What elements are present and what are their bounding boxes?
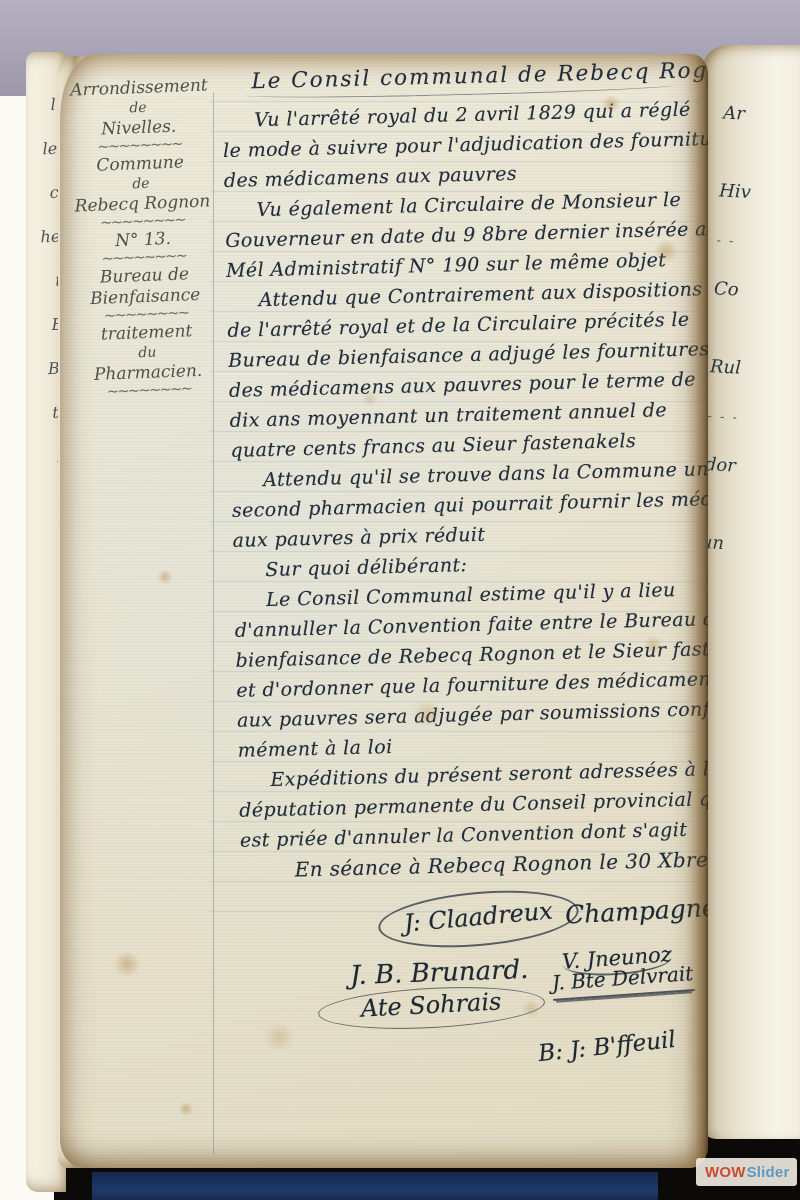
signature: Ate Sohrais bbox=[317, 982, 545, 1034]
ink-stain bbox=[112, 952, 142, 976]
signature: J. Bte Delvrait bbox=[551, 961, 694, 1001]
ink-fragment: Hiv bbox=[719, 180, 752, 204]
page-curl-edge bbox=[686, 54, 708, 1168]
wowslider-watermark: WOW Slider bbox=[696, 1158, 797, 1186]
ink-fragment: l bbox=[36, 96, 56, 114]
manuscript-text: Le Consil communal de Rebecq RognonVu l'… bbox=[221, 54, 708, 886]
ink-stain bbox=[520, 1000, 542, 1018]
next-page-ink-fragments: ArHiv- -CoRul- - -dorun bbox=[700, 102, 755, 555]
watermark-wow: WOW bbox=[705, 1164, 746, 1181]
manuscript-page: ArrondissementdeNivelles.CommunedeRebecq… bbox=[60, 54, 708, 1168]
margin-notes: ArrondissementdeNivelles.CommunedeRebecq… bbox=[70, 76, 216, 402]
margin-column-rule bbox=[213, 92, 214, 1154]
ink-fragment: Ar bbox=[723, 102, 756, 126]
signature: J. B. Brunard. bbox=[350, 955, 529, 991]
ink-fragment: - - bbox=[716, 236, 748, 248]
signature: V. Jneunoz bbox=[561, 942, 673, 979]
signature: B: J: B'ffeuil bbox=[537, 1027, 677, 1067]
ink-stain bbox=[260, 1024, 298, 1050]
ink-fragment: c bbox=[39, 184, 59, 202]
navy-cloth-strip bbox=[92, 1172, 658, 1200]
watermark-slider: Slider bbox=[747, 1164, 790, 1181]
ink-stain bbox=[178, 1102, 194, 1116]
next-page: ArHiv- -CoRul- - -dorun bbox=[702, 45, 800, 1139]
ink-fragment: Co bbox=[713, 278, 746, 302]
photo-of-manuscript: { "colors": { "ink": "#232d3a", "margin_… bbox=[0, 0, 800, 1200]
ink-fragment: - - - bbox=[707, 412, 739, 424]
ink-stain bbox=[156, 570, 174, 584]
ink-fragment: le bbox=[37, 140, 57, 158]
ink-fragment: dor bbox=[704, 454, 737, 478]
ink-fragment: Rul bbox=[709, 356, 742, 380]
